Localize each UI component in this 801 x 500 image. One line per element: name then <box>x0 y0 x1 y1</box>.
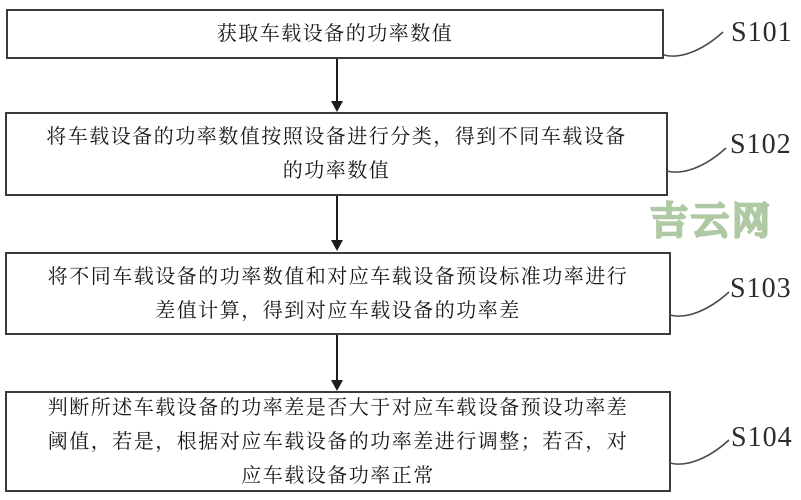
watermark: 吉云网 <box>650 190 773 245</box>
step-box-s101: 获取车载设备的功率数值 <box>6 9 664 59</box>
step-box-s104: 判断所述车载设备的功率差是否大于对应车载设备预设功率差 阈值，若是，根据对应车载… <box>5 391 671 492</box>
step-text-line: 获取车载设备的功率数值 <box>8 17 662 51</box>
connector-s104 <box>669 434 733 468</box>
connector-s102 <box>666 142 730 176</box>
arrow-shaft <box>336 196 338 242</box>
step-label-s102: S102 <box>730 129 792 161</box>
step-text-line: 阈值，若是，根据对应车载设备的功率差进行调整；若否，对 <box>7 425 669 459</box>
step-label-s101: S101 <box>731 17 793 49</box>
step-text-line: 应车载设备功率正常 <box>7 459 669 493</box>
step-box-s103: 将不同车载设备的功率数值和对应车载设备预设标准功率进行 差值计算，得到对应车载设… <box>5 252 671 335</box>
step-text-line: 将不同车载设备的功率数值和对应车载设备预设标准功率进行 <box>7 260 669 294</box>
connector-s103 <box>669 286 733 320</box>
step-label-s104: S104 <box>731 422 793 454</box>
arrow-shaft <box>336 335 338 382</box>
step-text-line: 差值计算，得到对应车载设备的功率差 <box>7 294 669 328</box>
step-box-s102: 将车载设备的功率数值按照设备进行分类，得到不同车载设备 的功率数值 <box>5 112 668 196</box>
step-text-line: 将车载设备的功率数值按照设备进行分类，得到不同车载设备 <box>7 120 666 154</box>
step-text-line: 的功率数值 <box>7 154 666 188</box>
arrow-head-icon <box>331 101 343 112</box>
step-label-s103: S103 <box>730 273 792 305</box>
connector-s101 <box>663 26 727 60</box>
arrow-shaft <box>336 59 338 103</box>
step-text-line: 判断所述车载设备的功率差是否大于对应车载设备预设功率差 <box>7 391 669 425</box>
flowchart-canvas: 吉云网 获取车载设备的功率数值 将车载设备的功率数值按照设备进行分类，得到不同车… <box>0 0 801 500</box>
arrow-head-icon <box>331 240 343 251</box>
arrow-head-icon <box>331 380 343 391</box>
